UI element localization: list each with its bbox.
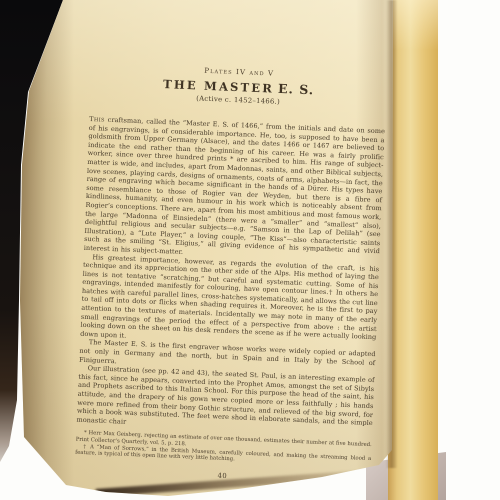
title-monogram: E. S. <box>278 81 315 98</box>
paragraph: Our illustration (see pp. 42 and 43), th… <box>76 364 374 436</box>
paragraph-lead: This <box>89 115 105 124</box>
paragraph-text: craftsman, called the “Master E. S. of 1… <box>84 116 385 256</box>
paragraph: This craftsman, called the “Master E. S.… <box>84 115 385 265</box>
page-edge-crease <box>386 0 397 468</box>
book-photo: Plates IV and V THE MASTERE. S. (Active … <box>0 0 500 500</box>
footnotes: * Herr Max Geisberg, rejecting an estima… <box>75 430 372 469</box>
paragraph: His greatest importance, however, as reg… <box>80 252 379 350</box>
page-content: Plates IV and V THE MASTERE. S. (Active … <box>74 52 387 486</box>
